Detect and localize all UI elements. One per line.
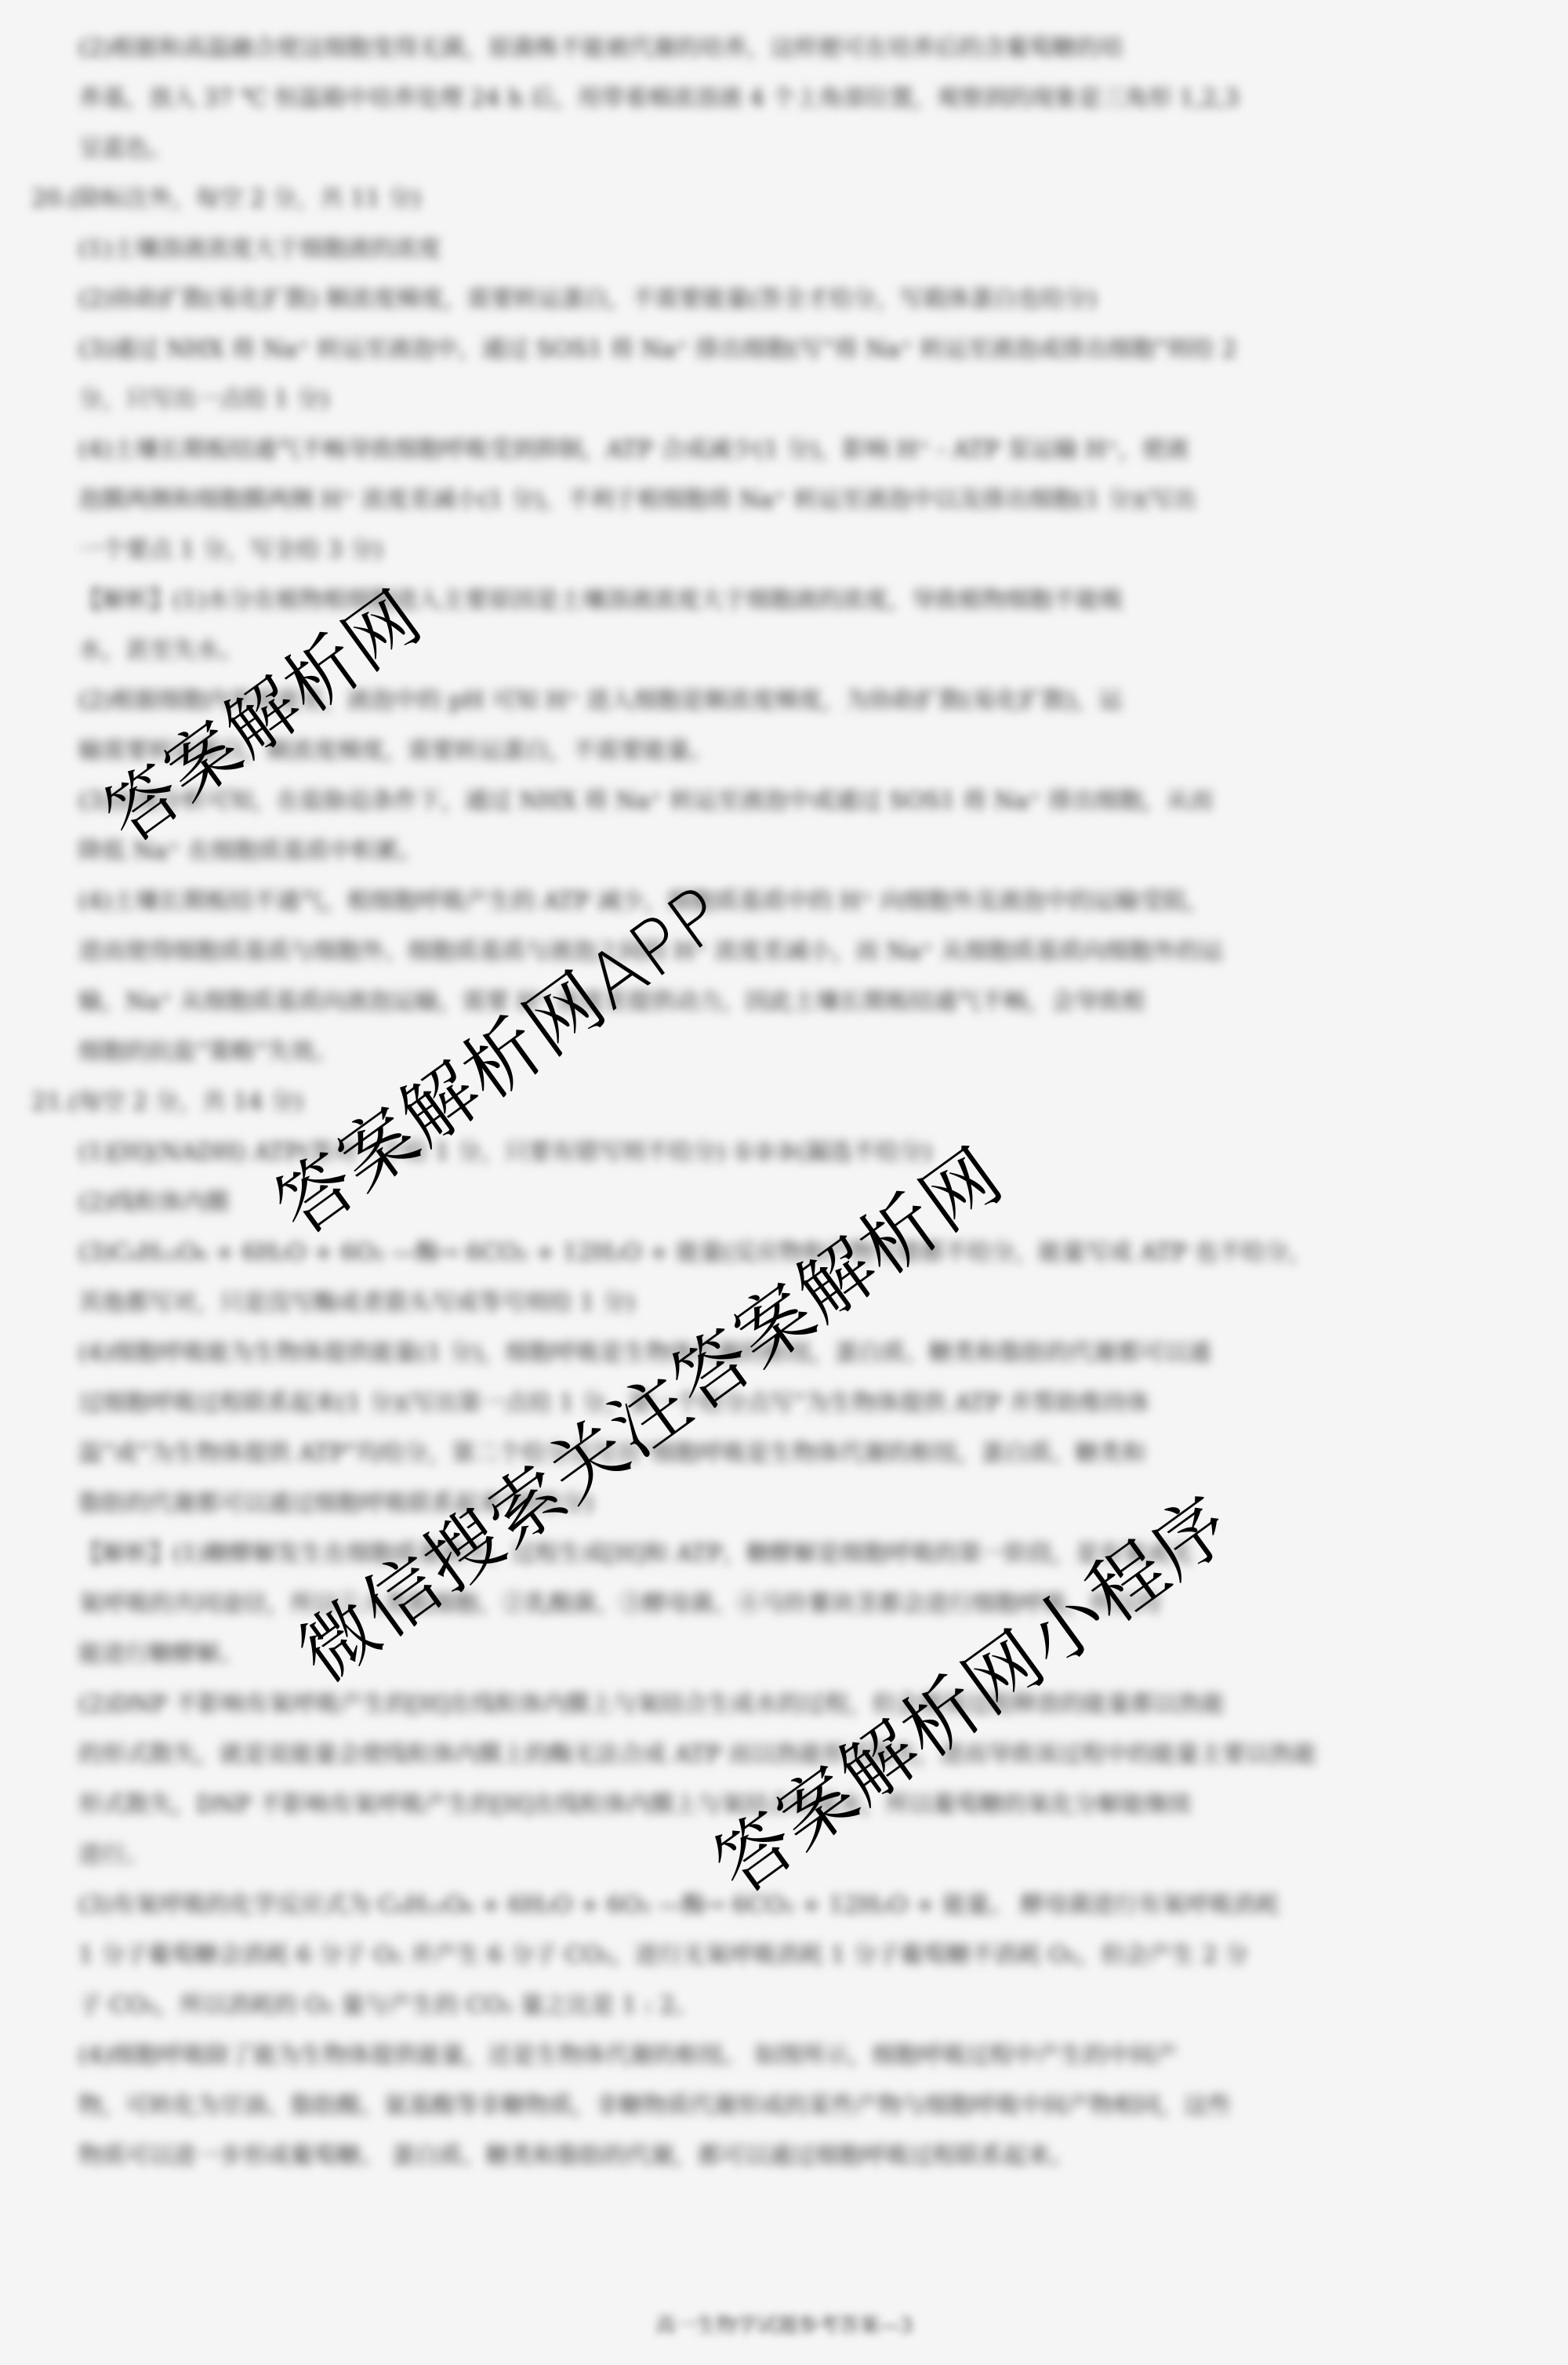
text-line: 【解析】(1)糖酵解发生在细胞质基质中，过程生成[H]和 ATP，糖酵解是细胞呼… — [78, 1529, 1537, 1579]
text-line: 养基，放入 37 ℃ 恒温箱中培养处理 24 h 后，用带着棉浓溶液 4 个上角… — [78, 74, 1537, 124]
text-line: 泡膜两侧和细胞膜两侧 H⁺ 浓度差减小(1 分)，不利于根细胞将 Na⁺ 转运至… — [78, 475, 1537, 525]
text-line: (3)通过 NHX 将 Na⁺ 转运至液泡中，通过 SOS1 将 Na⁺ 排出细… — [78, 325, 1537, 375]
question-heading: 20.(除标注外，每空 2 分，共 11 分) — [31, 174, 1537, 224]
text-line: 子 CO₂，所以消耗的 O₂ 量与产生的 CO₂ 量之比是 1 : 2。 — [78, 1981, 1537, 2031]
text-line: 物，可转化为甘油、脂肪酸、氨基酸等非糖物质，非糖物质代谢形成的某些产物与细胞呼吸… — [78, 2081, 1537, 2131]
page-footer: 高一生物学试题参考答案—3 — [0, 2309, 1568, 2338]
text-line: 脂肪的代谢都可以通过细胞呼吸联系起来”则给分) — [78, 1479, 1537, 1529]
text-line: (4)细胞呼吸除了能为生物体提供能量，还是生物体代谢的枢纽。 如图所示，细胞呼吸… — [78, 2031, 1537, 2081]
text-line: 分，只写出一点给 1 分) — [78, 375, 1537, 425]
text-line: (4)土壤长期板结不通气，根细胞呼吸产生的 ATP 减少，细胞质基质中的 H⁺ … — [78, 877, 1537, 927]
text-line: (4)土壤长期板结通气不畅导致细胞呼吸受到抑制，ATP 合成减少(1 分)，影响… — [78, 425, 1537, 475]
text-line: 【解析】(1)水分在植物根细胞进入主要原因是土壤溶液浓度大于细胞液的浓度，导致植… — [78, 576, 1537, 626]
text-line: (2)DNP 不影响有氧呼吸产生的[H]在线粒体内膜上与氧结合生成水的过程，但会… — [78, 1680, 1537, 1730]
text-line: 输，Na⁺ 从细胞质基质向液泡运输，需要 H⁺ 浓度差提供动力，因此土壤长期板结… — [78, 977, 1537, 1027]
text-line: 一个要点 1 分，写全给 3 分) — [78, 525, 1537, 576]
text-line: (2)根据和高温融合使这细胞变得无菌，原菌株不能被代谢的培养，这样便可在培养后的… — [78, 24, 1537, 74]
text-line: 物质可以进一步形成葡萄糖。 蛋白质、糖类和脂肪的代谢，都可以通过细胞呼吸过程联系… — [78, 2131, 1537, 2182]
text-line: 呈蓝色。 — [78, 124, 1537, 174]
text-line: 温”或“为生物体提供 ATP”均给分，第二个给分点写出“细胞呼吸是生物体代谢的枢… — [78, 1429, 1537, 1479]
text-line: 降低 Na⁺ 在细胞质基质中积累。 — [78, 826, 1537, 877]
text-line: (1)土壤溶液浓度大于细胞液的浓度 — [78, 224, 1537, 274]
text-line: (3)由图分析可知，在盐胁迫条件下，通过 NHX 将 Na⁺ 转运至液泡中或通过… — [78, 776, 1537, 826]
question-heading: 21.(每空 2 分，共 14 分) — [31, 1077, 1537, 1128]
document-page: (2)根据和高温融合使这细胞变得无菌，原菌株不能被代谢的培养，这样便可在培养后的… — [0, 0, 1568, 2365]
text-line: (2)协助扩散(易化扩散) 顺浓度梯度，需要转运蛋白，不需要能量(答全才给分，写… — [78, 274, 1537, 325]
text-line: 细胞的抗盐“策略”失效。 — [78, 1027, 1537, 1077]
text-line: 1 分子葡萄糖会消耗 6 分子 O₂ 并产生 6 分子 CO₂，进行无氧呼吸消耗… — [78, 1931, 1537, 1981]
text-line: 进而使得细胞质基质与细胞外、细胞质基质与液泡之间的 H⁺ 浓度差减小，而 Na⁺… — [78, 927, 1537, 977]
text-line: 过细胞呼吸过程联系起来(1 分)(写出第一点给 1 分，第一个给分点写“为生物体… — [78, 1379, 1537, 1429]
text-line: (3)有氧呼吸的化学反应式为 C₆H₁₂O₆ + 6H₂O + 6O₂ —酶→ … — [78, 1880, 1537, 1931]
